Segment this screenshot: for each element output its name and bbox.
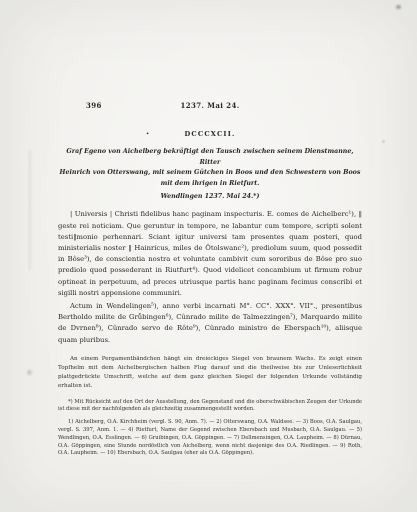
regest-dateline: Wendlingen 1237. Mai 24.*) <box>58 193 362 200</box>
page-text-block: 396 1237. Mai 24. • DCCCXCII. Graf Egeno… <box>58 101 362 458</box>
entry-heading: • DCCCXCII. <box>58 130 362 138</box>
ornament-dot: • <box>146 131 149 137</box>
regest-summary: Graf Egeno von Aichelberg bekräftigt den… <box>58 147 362 189</box>
editorial-footnote: *) Mit Rücksicht auf den Ort der Ausstel… <box>58 399 362 415</box>
charter-text: | Universis | Christi fidelibus hanc pag… <box>58 209 362 299</box>
entry-number: DCCCXCII. <box>185 130 236 138</box>
page-header: 396 1237. Mai 24. <box>58 101 362 110</box>
actum-paragraph: Actum in Wendelingen⁵), anno verbi incar… <box>58 301 362 346</box>
running-head: 1237. Mai 24. <box>58 101 362 110</box>
place-footnotes: 1) Aichelberg, O.A. Kirchheim (vergl. S.… <box>58 419 362 458</box>
seal-description: An einem Pergamentbändchen hängt ein dre… <box>58 355 362 392</box>
